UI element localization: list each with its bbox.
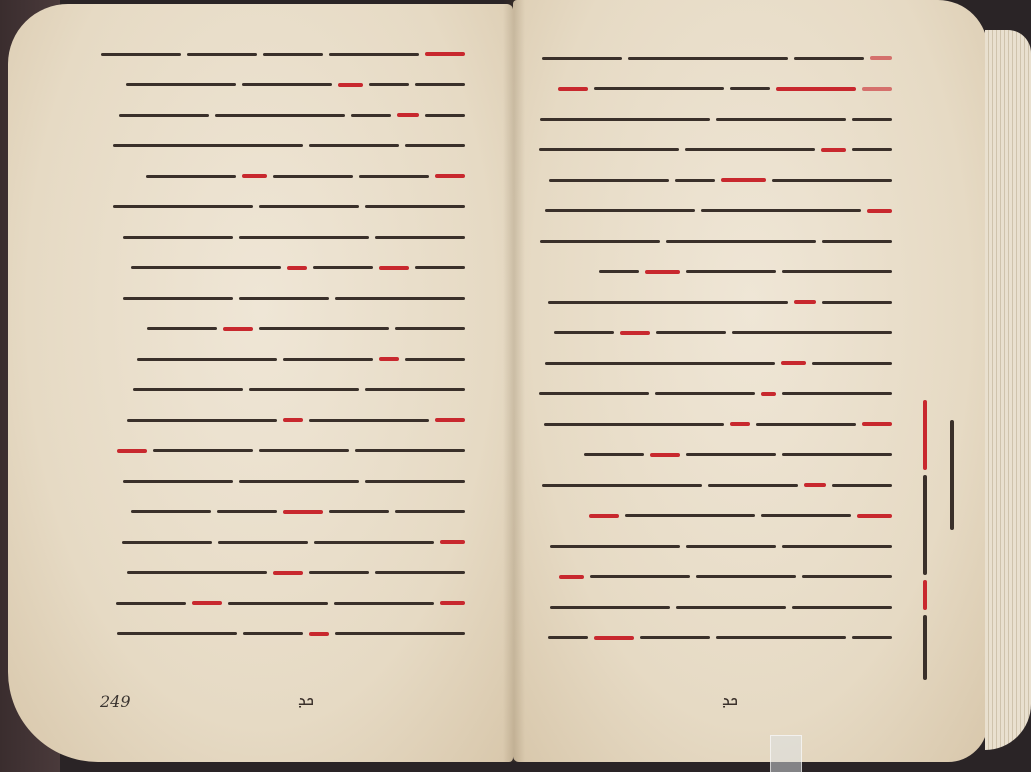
text-line [525, 292, 895, 312]
margin-annotation [905, 390, 965, 690]
text-line [525, 109, 895, 129]
text-line [525, 170, 895, 190]
text-line [98, 349, 468, 369]
right-page-text [525, 48, 895, 658]
text-line [525, 231, 895, 251]
text-line [98, 532, 468, 552]
text-line [98, 502, 468, 522]
text-line [98, 44, 468, 64]
left-catchword: ܟܕ [298, 690, 314, 710]
text-line [98, 136, 468, 156]
text-line [98, 105, 468, 125]
text-line [98, 258, 468, 278]
text-line [525, 567, 895, 587]
right-catchword: ܟܕ [722, 690, 738, 710]
text-line [98, 227, 468, 247]
text-line [525, 475, 895, 495]
text-line [525, 536, 895, 556]
text-line [98, 441, 468, 461]
text-line [98, 380, 468, 400]
text-line [98, 471, 468, 491]
text-line [98, 624, 468, 644]
text-line [525, 79, 895, 99]
gutter [503, 0, 525, 762]
text-line [525, 201, 895, 221]
text-line [98, 319, 468, 339]
text-line [98, 593, 468, 613]
folio-number: 249 [100, 692, 131, 711]
left-page-text [98, 44, 468, 654]
text-line [98, 288, 468, 308]
text-line [98, 197, 468, 217]
text-line [98, 75, 468, 95]
page-edges [985, 30, 1031, 750]
text-line [525, 445, 895, 465]
text-line [525, 506, 895, 526]
text-line [525, 48, 895, 68]
book-stand-clip [770, 735, 802, 772]
text-line [525, 628, 895, 648]
text-line [98, 166, 468, 186]
text-line [525, 384, 895, 404]
text-line [525, 262, 895, 282]
text-line [525, 323, 895, 343]
text-line [525, 414, 895, 434]
text-line [525, 140, 895, 160]
text-line [525, 353, 895, 373]
text-line [98, 410, 468, 430]
text-line [98, 563, 468, 583]
text-line [525, 597, 895, 617]
